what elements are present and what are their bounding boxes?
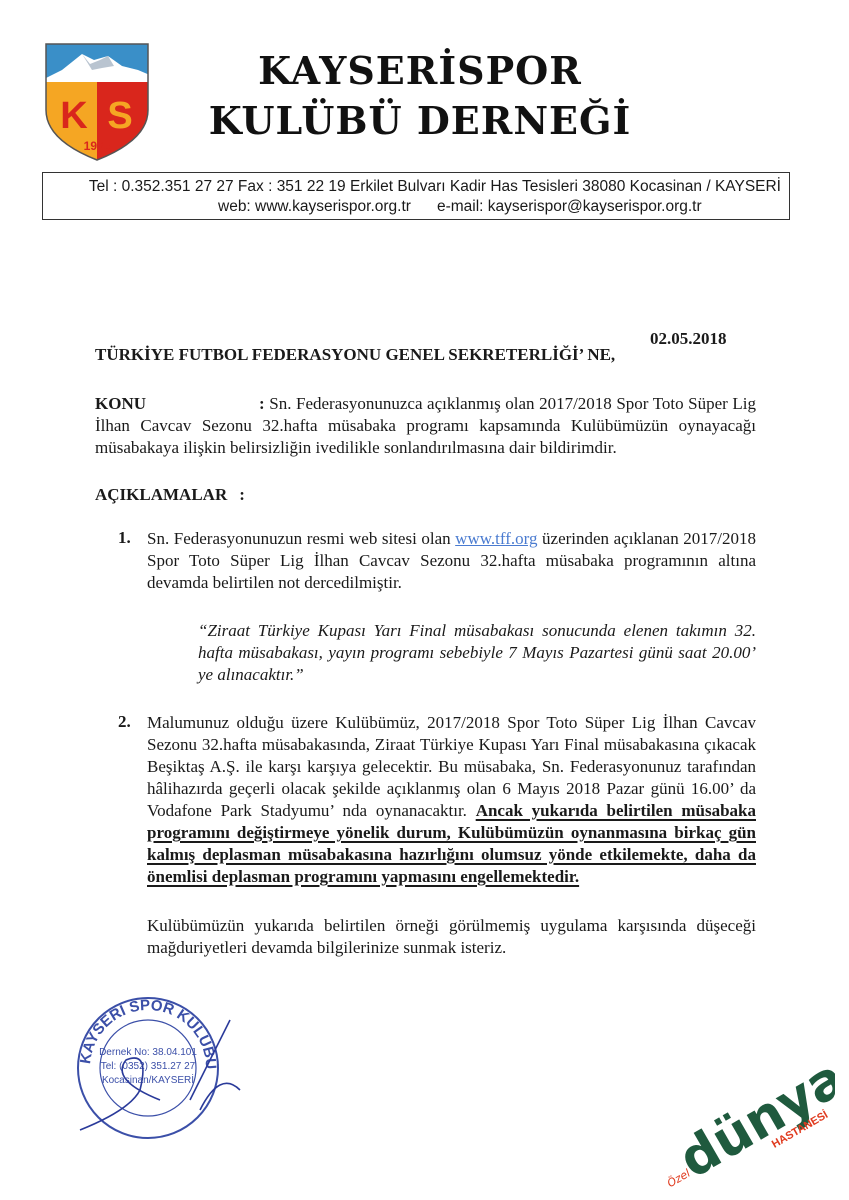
quoted-note: “Ziraat Türkiye Kupası Yarı Final müsaba… [198,620,756,686]
closing-paragraph: Kulübümüzün yukarıda belirtilen örneği g… [147,915,756,959]
sponsor-logo: Özel dünyam HASTANESİ [635,1040,835,1190]
svg-text:Kocasinan/KAYSERİ: Kocasinan/KAYSERİ [102,1073,194,1086]
subject-label: KONU [95,393,259,415]
svg-text:Dernek No: 38.04.101: Dernek No: 38.04.101 [99,1047,197,1058]
contact-web-email: web: www.kayserispor.org.tre-mail: kayse… [218,198,702,216]
explanations-label: AÇIKLAMALAR [95,485,227,504]
club-logo: K S 1966 [42,40,152,162]
subject-colon: : [259,394,265,413]
subject-paragraph: KONU: Sn. Federasyonunuzca açıklanmış ol… [95,393,756,459]
recipient: TÜRKİYE FUTBOL FEDERASYONU GENEL SEKRETE… [95,345,615,365]
tff-link[interactable]: www.tff.org [455,529,537,548]
svg-text:1966: 1966 [84,139,111,153]
explanations-heading: AÇIKLAMALAR: [95,485,245,505]
svg-text:Tel: (0352) 351.27 27: Tel: (0352) 351.27 27 [101,1061,196,1072]
org-title-line2: KULÜBÜ DERNEĞİ [160,98,680,143]
dunyam-hospital-logo-icon: Özel dünyam HASTANESİ [635,1040,835,1190]
kayserispor-crest-icon: K S 1966 [42,40,152,162]
contact-box: Tel : 0.352.351 27 27 Fax : 351 22 19 Er… [42,172,790,220]
svg-text:K: K [60,95,88,137]
item-number-1: 1. [118,528,131,548]
email-text: e-mail: kayserispor@kayserispor.org.tr [437,198,702,215]
stamp-seal-icon: KAYSERİ SPOR KULÜBÜ DERNEĞİ Dernek No: 3… [70,990,250,1140]
svg-text:dünyam: dünyam [669,1040,835,1190]
website-text: web: www.kayserispor.org.tr [218,198,411,215]
item-number-2: 2. [118,712,131,732]
official-stamp: KAYSERİ SPOR KULÜBÜ DERNEĞİ Dernek No: 3… [70,990,250,1140]
explanation-item-1: Sn. Federasyonunuzun resmi web sitesi ol… [147,528,756,594]
explanation-item-2: Malumunuz olduğu üzere Kulübümüz, 2017/2… [147,712,756,888]
org-title-line1: KAYSERİSPOR [160,48,680,93]
contact-phone-address: Tel : 0.352.351 27 27 Fax : 351 22 19 Er… [43,178,781,196]
svg-text:S: S [107,95,132,137]
letter-date: 02.05.2018 [650,329,727,349]
